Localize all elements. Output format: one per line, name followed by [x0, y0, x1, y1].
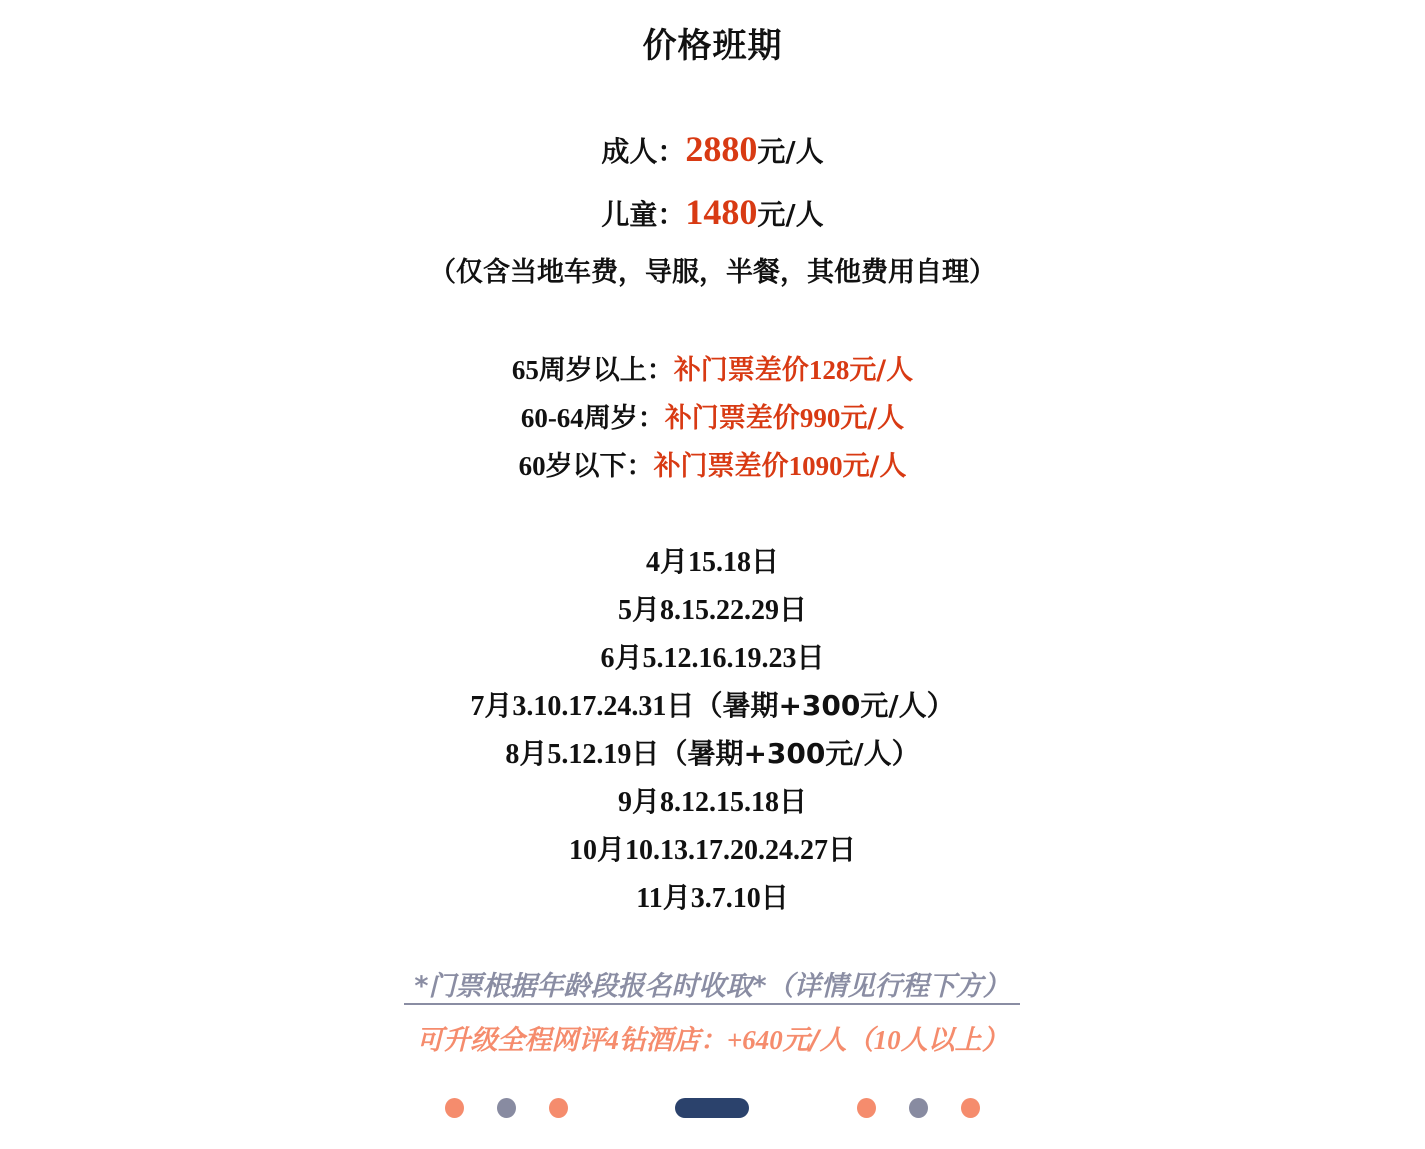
supplement-text: 补门票差价 — [654, 451, 789, 482]
upgrade-paren: （ — [847, 1025, 874, 1056]
child-price-unit: 元/人 — [757, 198, 823, 231]
supplement-amount: 128 — [809, 355, 850, 385]
day-suffix: 日 — [779, 785, 807, 818]
orange-dot-icon — [445, 1098, 464, 1118]
departure-days: 3.7.10 — [691, 883, 761, 914]
age-text: 周岁： — [584, 403, 665, 434]
schedule-row: 6月5.12.16.19.23日 — [0, 636, 1425, 676]
schedule-row: 5月8.15.22.29日 — [0, 588, 1425, 628]
hotel-upgrade-note: 可升级全程网评4钻酒店：+640元/人（10人以上） — [0, 1018, 1425, 1057]
orange-dot-icon — [549, 1098, 568, 1118]
month-suffix: 月 — [632, 593, 660, 626]
day-suffix: 日 — [751, 545, 779, 578]
gray-dot-icon — [909, 1098, 928, 1118]
day-suffix: 日 — [631, 737, 659, 770]
ticket-note: *门票根据年龄段报名时收取*（详情见行程下方） — [404, 970, 1020, 1005]
adult-price-unit: 元/人 — [757, 135, 823, 168]
month-suffix: 月 — [597, 833, 625, 866]
age-number: 65 — [512, 355, 539, 385]
schedule-row: 10月10.13.17.20.24.27日 — [0, 828, 1425, 868]
month-number: 9 — [618, 787, 632, 818]
age-text: 岁以下： — [546, 451, 654, 482]
age-number: 60-64 — [521, 403, 584, 433]
schedule-row: 4月15.18日 — [0, 540, 1425, 580]
supplement-unit: 元/人 — [849, 355, 913, 386]
day-suffix: 日 — [666, 689, 694, 722]
schedule-row: 7月3.10.17.24.31日（暑期+300元/人） — [0, 684, 1425, 724]
age-number: 60 — [519, 451, 546, 481]
inclusion-note: （仅含当地车费，导服，半餐，其他费用自理） — [0, 250, 1425, 289]
day-suffix: 日 — [797, 641, 825, 674]
schedule-row: 11月3.7.10日 — [0, 876, 1425, 916]
supplement-unit: 元/人 — [840, 403, 904, 434]
month-number: 6 — [600, 643, 614, 674]
day-suffix: 日 — [779, 593, 807, 626]
month-number: 5 — [618, 595, 632, 626]
departure-days: 8.12.15.18 — [660, 787, 779, 818]
month-suffix: 月 — [614, 641, 642, 674]
departure-days: 3.10.17.24.31 — [512, 691, 666, 722]
child-price-line: 儿童：1480元/人 — [0, 191, 1425, 233]
schedule-row: 8月5.12.19日（暑期+300元/人） — [0, 732, 1425, 772]
supplement-text: 补门票差价 — [674, 355, 809, 386]
page-title: 价格班期 — [0, 18, 1425, 67]
supplement-text: 补门票差价 — [665, 403, 800, 434]
navy-pill-icon — [675, 1098, 749, 1118]
month-number: 7 — [470, 691, 484, 722]
month-suffix: 月 — [663, 881, 691, 914]
month-suffix: 月 — [660, 545, 688, 578]
upgrade-suffix: 人以上） — [901, 1025, 1009, 1056]
child-label: 儿童： — [601, 198, 685, 231]
child-price-amount: 1480 — [685, 192, 757, 232]
upgrade-middle: 钻酒店： — [619, 1025, 727, 1056]
orange-dot-icon — [961, 1098, 980, 1118]
age-supplement-row: 65周岁以上：补门票差价128元/人 — [0, 348, 1425, 387]
adult-price-line: 成人：2880元/人 — [0, 128, 1425, 170]
schedule-extra: （暑期+300元/人） — [659, 737, 919, 770]
month-suffix: 月 — [632, 785, 660, 818]
schedule-extra: （暑期+300元/人） — [694, 689, 954, 722]
departure-days: 5.12.19 — [547, 739, 631, 770]
orange-dot-icon — [857, 1098, 876, 1118]
age-text: 周岁以上： — [539, 355, 674, 386]
upgrade-prefix: 可升级全程网评 — [416, 1025, 605, 1056]
supplement-amount: 1090 — [789, 451, 843, 481]
month-number: 8 — [505, 739, 519, 770]
month-number: 4 — [646, 547, 660, 578]
upgrade-amount: +640 — [727, 1025, 783, 1055]
month-suffix: 月 — [519, 737, 547, 770]
month-suffix: 月 — [484, 689, 512, 722]
gray-dot-icon — [497, 1098, 516, 1118]
age-supplement-row: 60-64周岁：补门票差价990元/人 — [0, 396, 1425, 435]
departure-days: 15.18 — [688, 547, 751, 578]
upgrade-diamond-level: 4 — [605, 1025, 619, 1055]
departure-days: 10.13.17.20.24.27 — [625, 835, 828, 866]
age-supplement-row: 60岁以下：补门票差价1090元/人 — [0, 444, 1425, 483]
schedule-row: 9月8.12.15.18日 — [0, 780, 1425, 820]
supplement-amount: 990 — [800, 403, 841, 433]
adult-label: 成人： — [601, 135, 685, 168]
day-suffix: 日 — [828, 833, 856, 866]
month-number: 10 — [569, 835, 597, 866]
departure-days: 8.15.22.29 — [660, 595, 779, 626]
upgrade-min-people: 10 — [874, 1025, 901, 1055]
month-number: 11 — [636, 883, 662, 914]
supplement-unit: 元/人 — [843, 451, 907, 482]
departure-days: 5.12.16.19.23 — [643, 643, 797, 674]
adult-price-amount: 2880 — [685, 129, 757, 169]
day-suffix: 日 — [761, 881, 789, 914]
upgrade-unit: 元/人 — [783, 1025, 847, 1056]
